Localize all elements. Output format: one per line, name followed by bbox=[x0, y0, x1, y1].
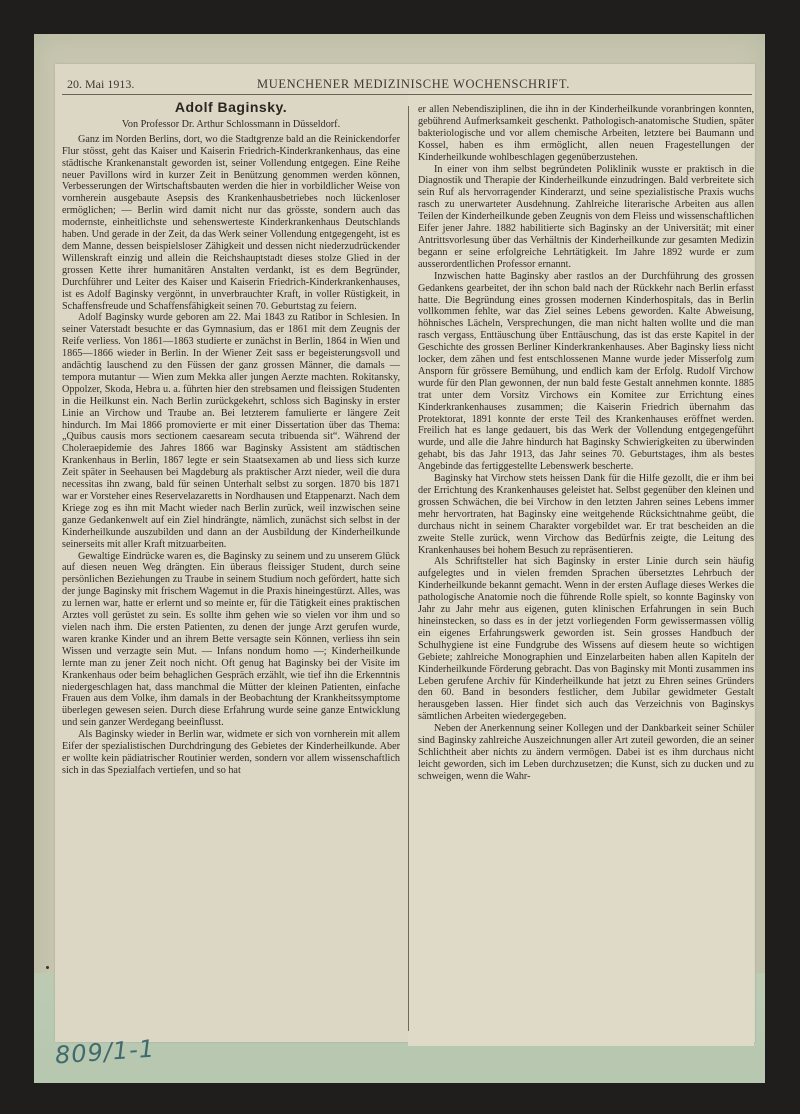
paragraph: Als Baginsky wieder in Berlin war, widme… bbox=[62, 729, 400, 777]
paragraph: Als Schriftsteller hat sich Baginsky in … bbox=[418, 556, 754, 723]
running-head: 20. Mai 1913. MUENCHENER MEDIZINISCHE WO… bbox=[62, 72, 752, 95]
paragraph: Baginsky hat Virchow stets heissen Dank … bbox=[418, 473, 754, 556]
issue-date: 20. Mai 1913. bbox=[67, 77, 134, 92]
paragraph: Adolf Baginsky wurde geboren am 22. Mai … bbox=[62, 312, 400, 550]
paragraph: Inzwischen hatte Baginsky aber rastlos a… bbox=[418, 271, 754, 473]
paragraph: Neben der Anerkennung seiner Kollegen un… bbox=[418, 723, 754, 783]
journal-title: MUENCHENER MEDIZINISCHE WOCHENSCHRIFT. bbox=[257, 77, 570, 92]
article-byline: Von Professor Dr. Arthur Schlossmann in … bbox=[62, 119, 400, 131]
paragraph: Ganz im Norden Berlins, dort, wo die Sta… bbox=[62, 134, 400, 313]
column-divider bbox=[408, 106, 409, 1031]
paragraph: In einer von ihm selbst begründeten Poli… bbox=[418, 164, 754, 271]
paragraph: Gewaltige Eindrücke waren es, die Bagins… bbox=[62, 551, 400, 730]
paragraph: er allen Nebendisziplinen, die ihn in de… bbox=[418, 104, 754, 164]
left-column: Adolf Baginsky. Von Professor Dr. Arthur… bbox=[62, 100, 400, 777]
right-column: er allen Nebendisziplinen, die ihn in de… bbox=[418, 104, 754, 783]
pin-mark-icon bbox=[46, 966, 49, 969]
article-title: Adolf Baginsky. bbox=[62, 102, 400, 114]
